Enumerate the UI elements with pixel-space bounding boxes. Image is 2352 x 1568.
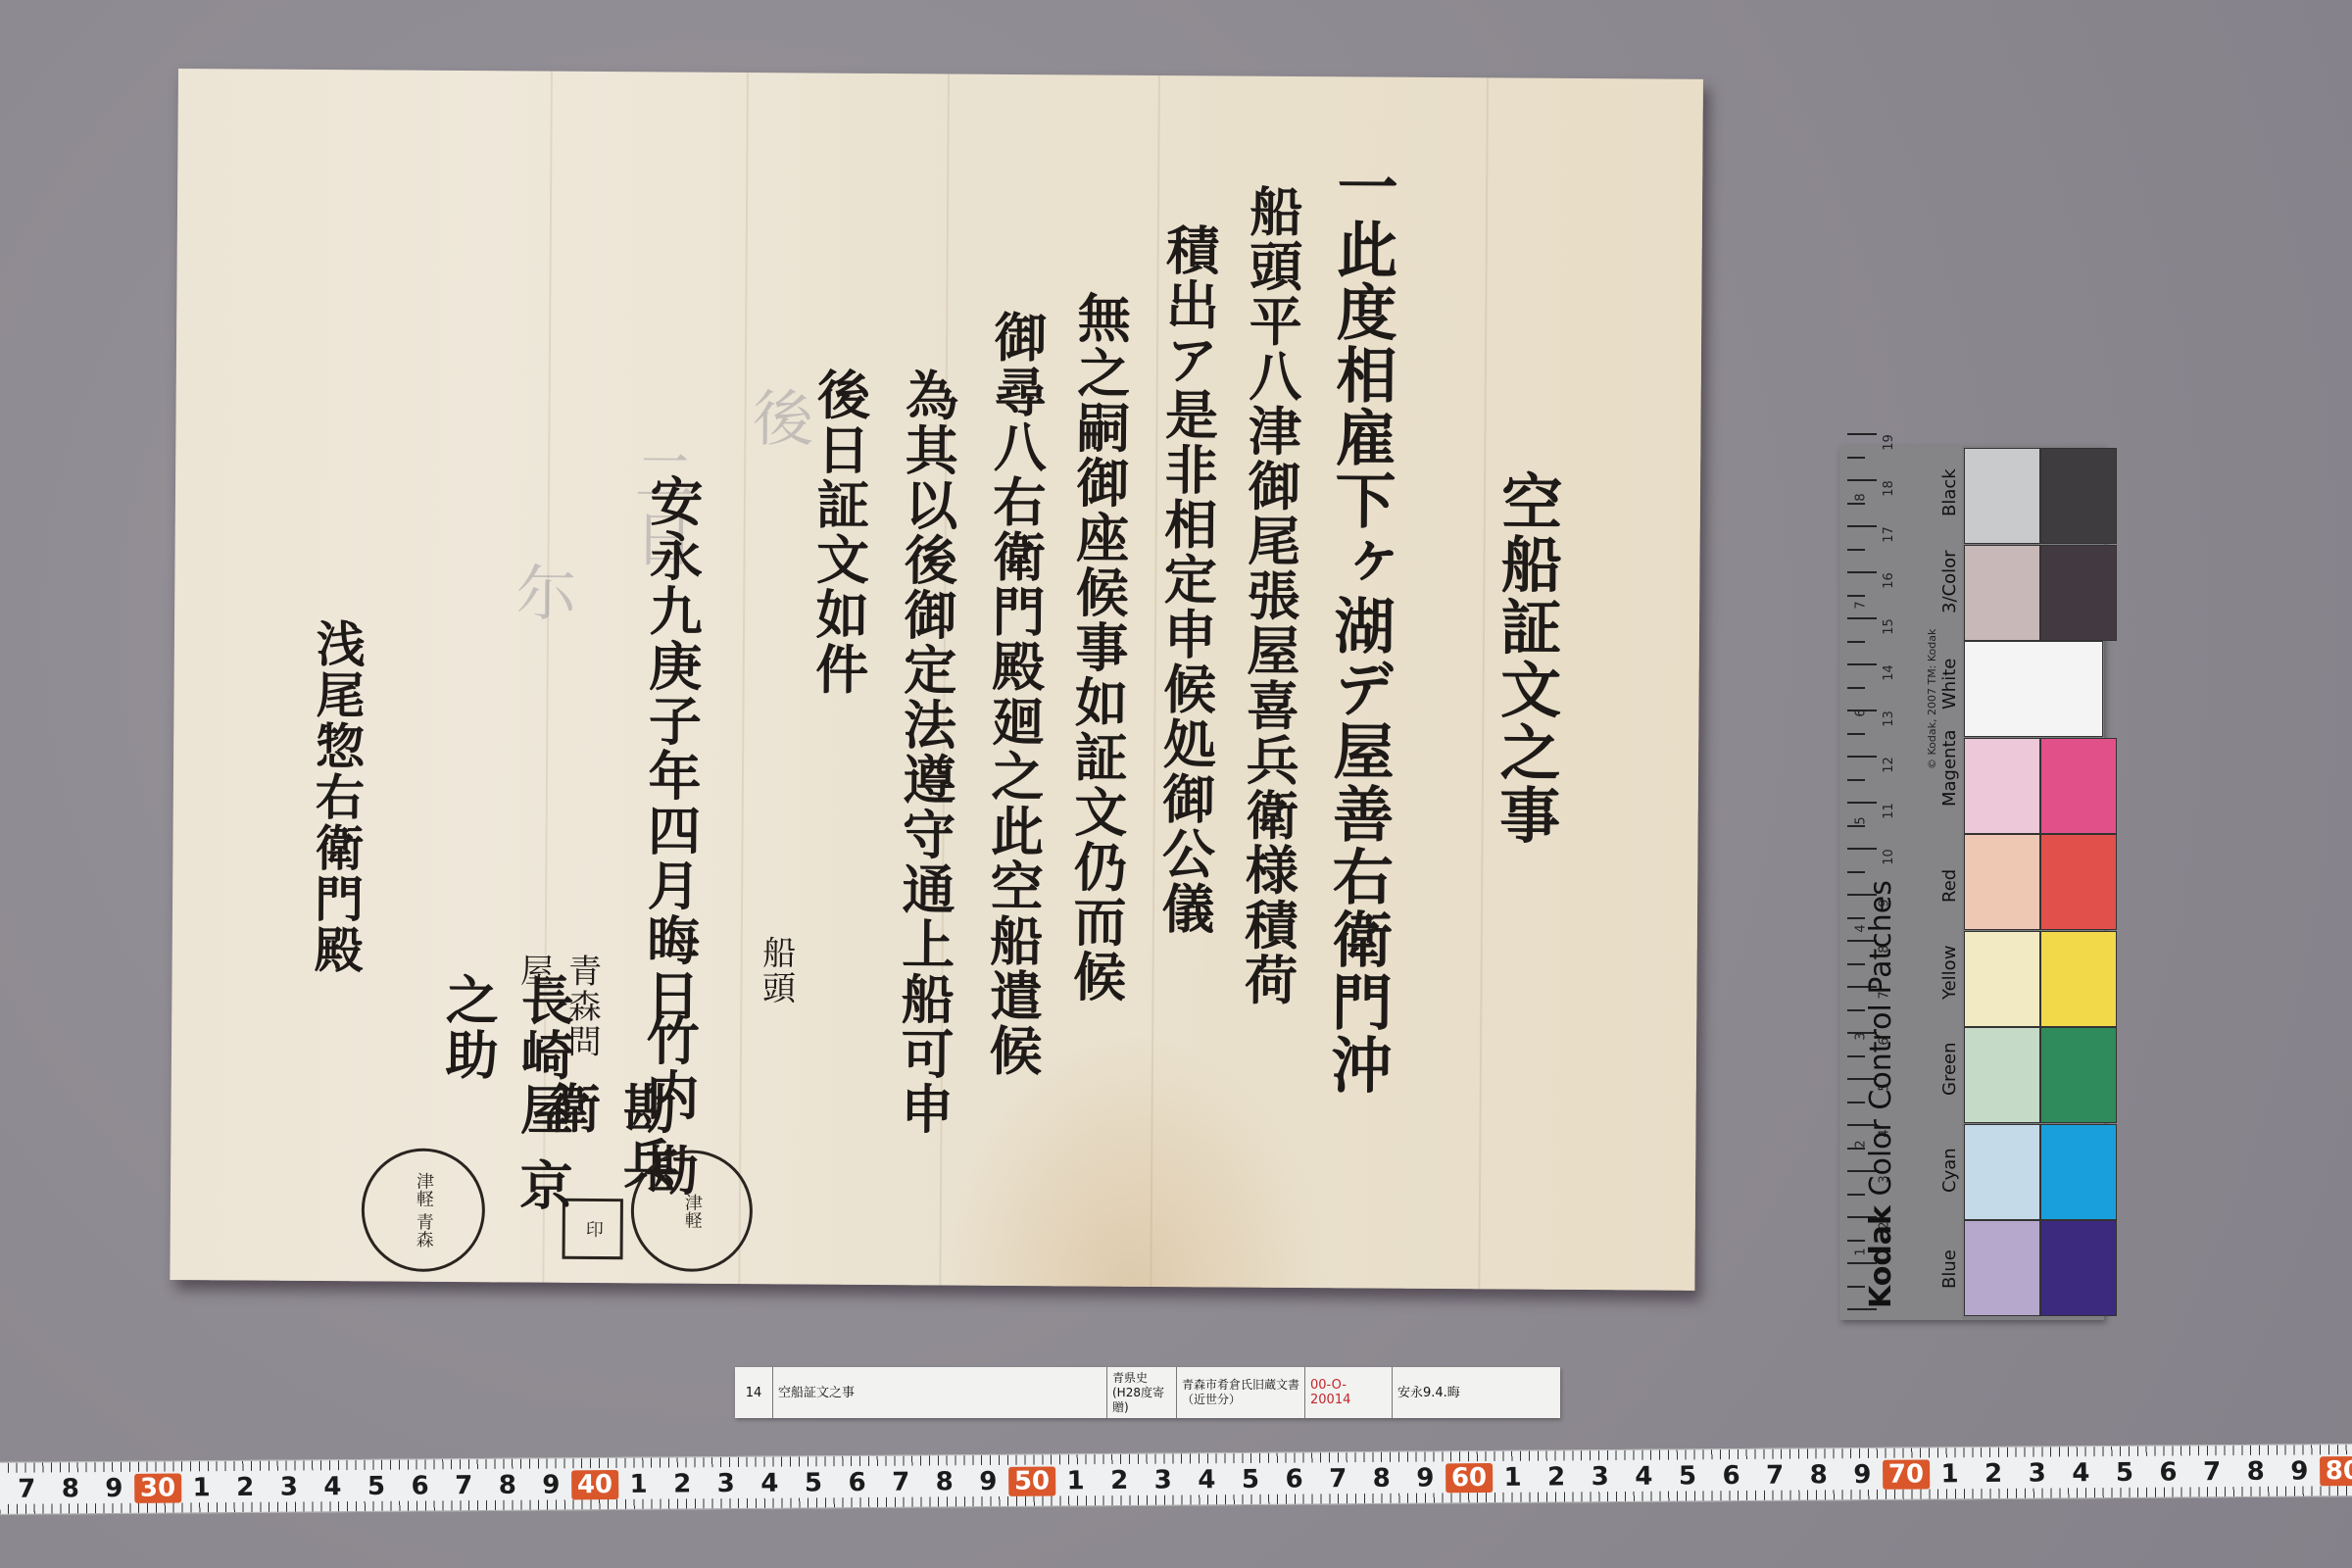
ruler-cm-label: 10 bbox=[1882, 849, 1896, 865]
patch-label: Black bbox=[1939, 468, 1960, 516]
tape-cm-mark: 6 bbox=[842, 1468, 871, 1497]
tape-cm-mark: 8 bbox=[1367, 1464, 1396, 1494]
tape-decimeter-mark: 50 bbox=[1008, 1466, 1055, 1495]
addressee: 浅尾惣右衛門殿 bbox=[299, 618, 372, 1030]
measuring-tape: 7893012345678940123456789501234567896012… bbox=[0, 1444, 2352, 1515]
tape-cm-mark: 9 bbox=[1410, 1463, 1440, 1493]
patch-label: Red bbox=[1939, 869, 1960, 903]
tape-cm-mark: 4 bbox=[1192, 1465, 1221, 1494]
ruler-tick bbox=[1847, 756, 1877, 758]
kodak-title: Kodak Color Control Patches bbox=[1864, 880, 1898, 1308]
tape-cm-mark: 2 bbox=[1979, 1459, 2008, 1489]
tape-decimeter-mark: 60 bbox=[1445, 1463, 1493, 1493]
tape-cm-mark: 8 bbox=[493, 1471, 522, 1500]
tape-cm-mark: 5 bbox=[362, 1472, 391, 1501]
ruler-tick bbox=[1847, 1286, 1865, 1288]
body-column-2: 船頭平八津御尾張屋喜兵衛様積荷 bbox=[1229, 184, 1311, 1185]
tape-cm-mark: 7 bbox=[1323, 1464, 1352, 1494]
patch-red-light bbox=[1964, 834, 2040, 930]
tape-cm-mark: 3 bbox=[1586, 1462, 1615, 1492]
bleed-through-text: 尓 bbox=[497, 561, 585, 758]
tape-cm-mark: 3 bbox=[2023, 1458, 2052, 1488]
ruler-cm-label: 18 bbox=[1882, 480, 1896, 497]
label-title: 空船証文之事 bbox=[773, 1367, 1107, 1418]
date-column: 安永九庚子年四月晦日 bbox=[632, 473, 711, 1023]
patch-green-dark bbox=[2040, 1027, 2117, 1123]
ruler-cm-label: 14 bbox=[1882, 664, 1896, 681]
label-source: 青森市肴倉氏旧蔵文書（近世分） bbox=[1177, 1367, 1305, 1418]
kodak-subtitle: Color Control Patches bbox=[1864, 880, 1898, 1196]
ruler-tick bbox=[1847, 963, 1865, 965]
patch-blue-light bbox=[1964, 1220, 2040, 1316]
ruler-cm-label: 11 bbox=[1882, 803, 1896, 819]
tape-decimeter-mark: 40 bbox=[571, 1470, 618, 1499]
body-column-6: 為其以後御定法遵守通上船可申 bbox=[885, 367, 967, 1309]
ruler-tick bbox=[1847, 1240, 1865, 1242]
patch-magenta-dark bbox=[2040, 738, 2117, 834]
patch-label: 3/Color bbox=[1939, 550, 1960, 613]
ruler-tick bbox=[1847, 1308, 1877, 1310]
patch-magenta-light bbox=[1964, 738, 2040, 834]
ruler-tick bbox=[1847, 802, 1877, 804]
ruler-tick bbox=[1847, 687, 1865, 689]
tape-cm-mark: 9 bbox=[973, 1467, 1003, 1496]
signatory-role: 船頭 bbox=[752, 935, 801, 1072]
ruler-cm-label: 16 bbox=[1882, 572, 1896, 589]
ruler-tick bbox=[1847, 571, 1877, 573]
patch-green-light bbox=[1964, 1027, 2040, 1123]
tape-cm-mark: 8 bbox=[2241, 1457, 2271, 1487]
patch-3color-dark bbox=[2040, 545, 2117, 641]
tape-cm-mark: 9 bbox=[99, 1474, 128, 1503]
ruler-cm-label: 17 bbox=[1882, 526, 1896, 543]
label-date: 安永9.4.晦 bbox=[1393, 1367, 1500, 1418]
tape-cm-mark: 8 bbox=[56, 1474, 85, 1503]
ruler-tick bbox=[1847, 1055, 1865, 1057]
patch-black-light bbox=[1964, 448, 2040, 544]
document-title: 空船証文之事 bbox=[1480, 469, 1571, 1098]
manuscript-document: 空船証文之事 一此度相雇下ヶ湖デ屋善右衛門沖 船頭平八津御尾張屋喜兵衛様積荷 積… bbox=[170, 69, 1703, 1291]
tape-cm-mark: 6 bbox=[1279, 1464, 1308, 1494]
patch-3color-light bbox=[1964, 545, 2040, 641]
patch-red-dark bbox=[2040, 834, 2117, 930]
ruler-tick bbox=[1847, 549, 1865, 551]
patch-label: Blue bbox=[1939, 1249, 1960, 1289]
tape-cm-mark: 3 bbox=[274, 1472, 304, 1501]
tape-cm-mark: 2 bbox=[1542, 1462, 1571, 1492]
tape-cm-mark: 7 bbox=[1760, 1461, 1789, 1491]
tape-cm-mark: 1 bbox=[1497, 1463, 1527, 1493]
tape-cm-mark: 7 bbox=[449, 1471, 478, 1500]
tape-cm-mark: 1 bbox=[186, 1473, 216, 1502]
tape-cm-mark: 5 bbox=[2110, 1458, 2139, 1488]
ruler-tick bbox=[1847, 1009, 1865, 1011]
tape-cm-mark: 6 bbox=[2153, 1457, 2182, 1487]
tape-cm-mark: 7 bbox=[12, 1475, 41, 1504]
tape-cm-mark: 4 bbox=[2066, 1458, 2095, 1488]
tape-cm-mark: 2 bbox=[230, 1473, 260, 1502]
tape-cm-mark: 4 bbox=[1629, 1462, 1658, 1492]
patch-label: White bbox=[1939, 659, 1960, 710]
ruler-cm-label: 15 bbox=[1882, 618, 1896, 635]
tape-cm-mark: 1 bbox=[1935, 1459, 1964, 1489]
tape-cm-mark: 9 bbox=[1847, 1460, 1877, 1490]
tape-cm-mark: 8 bbox=[1804, 1460, 1834, 1490]
kodak-copyright: © Kodak, 2007 TM: Kodak bbox=[1926, 629, 1938, 769]
ruler-tick bbox=[1847, 1102, 1865, 1103]
ruler-tick bbox=[1847, 617, 1877, 619]
tape-decimeter-mark: 30 bbox=[134, 1473, 181, 1502]
patch-black-dark bbox=[2040, 448, 2117, 544]
tape-cm-mark: 7 bbox=[886, 1468, 915, 1497]
patch-blue-dark bbox=[2040, 1220, 2117, 1316]
tape-cm-mark: 3 bbox=[1149, 1465, 1178, 1494]
round-seal: 津軽 青森 bbox=[361, 1148, 485, 1272]
body-column-5: 御尋八右衛門殿廻之此空船遣候 bbox=[973, 310, 1055, 1291]
patch-white-dark bbox=[1964, 641, 2103, 737]
patch-label: Magenta bbox=[1939, 729, 1960, 807]
ruler-tick bbox=[1847, 733, 1865, 735]
label-id: 00-O-20014 bbox=[1305, 1367, 1393, 1418]
patch-label: Yellow bbox=[1939, 945, 1960, 999]
ruler-cm-label: 19 bbox=[1882, 434, 1896, 451]
tape-cm-mark: 6 bbox=[405, 1471, 434, 1500]
ruler-tick bbox=[1847, 917, 1865, 919]
ruler-tick bbox=[1847, 1194, 1865, 1196]
body-column-4: 無之嗣御座候事如証文仍而候 bbox=[1056, 290, 1139, 1271]
patch-cyan-light bbox=[1964, 1124, 2040, 1220]
ruler-tick bbox=[1847, 779, 1865, 781]
tape-cm-mark: 9 bbox=[2284, 1456, 2314, 1486]
ruler-tick bbox=[1847, 525, 1877, 527]
tape-cm-mark: 2 bbox=[1104, 1466, 1134, 1495]
ruler-tick bbox=[1847, 825, 1865, 827]
ruler-tick bbox=[1847, 433, 1877, 435]
patch-yellow-light bbox=[1964, 931, 2040, 1027]
tape-cm-mark: 1 bbox=[623, 1470, 653, 1499]
kodak-brand: Kodak bbox=[1864, 1205, 1898, 1308]
tape-cm-mark: 4 bbox=[318, 1472, 347, 1501]
body-column-3: 積出ア是非相定申候処御公儀 bbox=[1146, 222, 1228, 1223]
label-number: 14 bbox=[735, 1367, 773, 1418]
ruler-inch-label: 5 bbox=[1854, 816, 1869, 824]
ruler-tick bbox=[1847, 848, 1877, 850]
ruler-inch-label: 6 bbox=[1854, 709, 1869, 716]
ruler-tick bbox=[1847, 871, 1865, 873]
ruler-tick bbox=[1847, 457, 1865, 459]
tape-cm-mark: 5 bbox=[1673, 1461, 1702, 1491]
tape-cm-mark: 5 bbox=[1236, 1465, 1265, 1494]
ruler-tick bbox=[1847, 663, 1877, 665]
tape-decimeter-mark: 80 bbox=[2320, 1456, 2352, 1486]
patch-label: Cyan bbox=[1939, 1148, 1960, 1193]
patch-cyan-dark bbox=[2040, 1124, 2117, 1220]
tape-cm-mark: 9 bbox=[536, 1470, 565, 1499]
tape-cm-mark: 6 bbox=[1716, 1461, 1745, 1491]
ruler-cm-label: 13 bbox=[1882, 710, 1896, 727]
kodak-color-card: 1234567891011121314151617181912345678 © … bbox=[1839, 446, 2104, 1320]
ruler-tick bbox=[1847, 479, 1877, 481]
tape-cm-mark: 4 bbox=[755, 1469, 784, 1498]
ruler-tick bbox=[1847, 503, 1865, 505]
tape-decimeter-mark: 70 bbox=[1883, 1459, 1930, 1489]
ruler-inch-label: 7 bbox=[1854, 601, 1869, 609]
catalog-label: 14 空船証文之事 青県史(H28度寄贈) 青森市肴倉氏旧蔵文書（近世分） 00… bbox=[735, 1367, 1560, 1418]
ruler-cm-label: 12 bbox=[1882, 757, 1896, 773]
patch-label: Green bbox=[1939, 1042, 1960, 1096]
tape-cm-mark: 2 bbox=[667, 1469, 697, 1498]
tape-cm-mark: 5 bbox=[799, 1468, 828, 1497]
tape-cm-mark: 8 bbox=[930, 1467, 959, 1496]
ruler-tick bbox=[1847, 641, 1865, 643]
label-collection: 青県史(H28度寄贈) bbox=[1107, 1367, 1177, 1418]
body-column-1: 一此度相雇下ヶ湖デ屋善右衛門沖 bbox=[1312, 155, 1406, 1136]
tape-cm-mark: 1 bbox=[1060, 1466, 1090, 1495]
tape-cm-mark: 3 bbox=[711, 1469, 741, 1498]
patch-yellow-dark bbox=[2040, 931, 2117, 1027]
ruler-inch-label: 8 bbox=[1854, 493, 1869, 501]
tape-cm-mark: 7 bbox=[2197, 1457, 2227, 1487]
ruler-tick bbox=[1847, 595, 1865, 597]
